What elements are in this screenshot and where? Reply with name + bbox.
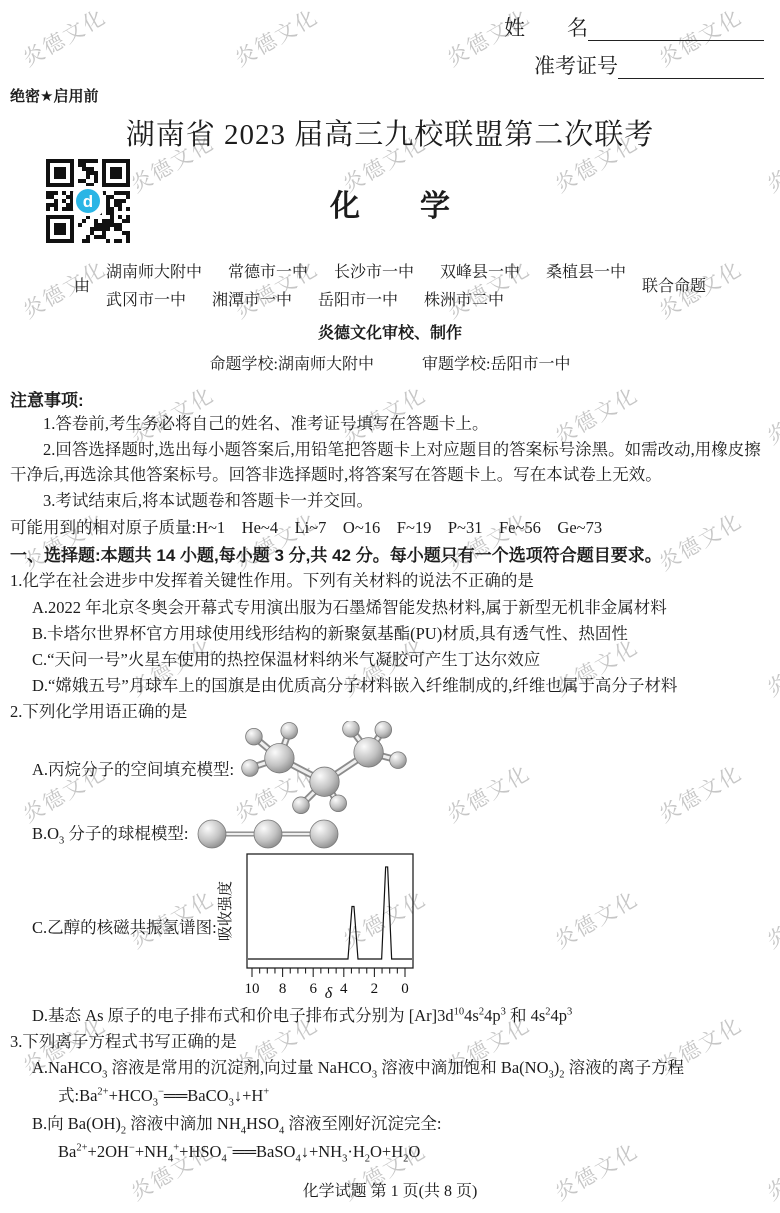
question-2-option-c-text: C.乙醇的核磁共振氢谱图:: [32, 915, 217, 941]
admission-number-blank: [618, 52, 764, 79]
subject-title: 化 学: [10, 181, 770, 225]
section-heading: 一、选择题:本题共 14 小题,每小题 3 分,共 42 分。每小题只有一个选项…: [10, 544, 770, 569]
propane-model-image: [238, 721, 410, 819]
organizer-schools-row2: 武冈市一中 湘潭市一中 岳阳市一中 株洲市二中: [106, 287, 626, 310]
question-3-stem: 3.下列离子方程式书写正确的是: [10, 1029, 770, 1055]
notice-item-2: 2.回答选择题时,选出每小题答案后,用铅笔把答题卡上对应题目的答案标号涂黑。如需…: [10, 437, 770, 488]
school-name: 岳阳市一中: [318, 287, 398, 310]
reviewer-school: 审题学校:岳阳市一中: [422, 351, 570, 374]
school-name: 桑植县一中: [546, 259, 626, 282]
school-name: 湘潭市一中: [212, 287, 292, 310]
organizer-block: 由 湖南师大附中 常德市一中 长沙市一中 双峰县一中 桑植县一中 武冈市一中 湘…: [10, 259, 770, 310]
question-2-option-a-text: A.丙烷分子的空间填充模型:: [32, 757, 234, 783]
notice-title: 注意事项:: [10, 386, 770, 411]
atomic-masses-line: 可能用到的相对原子质量:H~1 He~4 Li~7 O~16 F~19 P~31…: [10, 515, 770, 541]
admission-number-field-row: 准考证号: [534, 52, 764, 79]
svg-text:2: 2: [370, 981, 378, 997]
question-3-option-a-line1: A.NaHCO3 溶液是常用的沉淀剂,向过量 NaHCO3 溶液中滴加饱和 Ba…: [10, 1055, 770, 1081]
page-content: 姓 名 准考证号 绝密★启用前 湖南省 2023 届高三九校联盟第二次联考 d …: [0, 0, 780, 1166]
notice-section: 注意事项: 1.答卷前,考生务必将自己的姓名、准考证号填写在答题卡上。 2.回答…: [10, 386, 770, 513]
question-2-option-a: A.丙烷分子的空间填充模型:: [10, 725, 770, 815]
question-1: 1.化学在社会进步中发挥着关键性作用。下列有关材料的说法不正确的是 A.2022…: [10, 568, 770, 698]
exam-title: 湖南省 2023 届高三九校联盟第二次联考: [10, 112, 770, 153]
organizer-suffix: 联合命题: [642, 273, 706, 296]
organizer-schools: 湖南师大附中 常德市一中 长沙市一中 双峰县一中 桑植县一中 武冈市一中 湘潭市…: [106, 259, 626, 310]
production-credit: 炎德文化审校、制作: [10, 320, 770, 343]
svg-text:δ: δ: [325, 985, 333, 1001]
svg-text:8: 8: [279, 981, 287, 997]
setter-reviewer-row: 命题学校:湖南师大附中 审题学校:岳阳市一中: [10, 351, 770, 374]
subject-row: d 化 学: [10, 157, 770, 249]
name-field-label: 姓 名: [504, 16, 588, 41]
question-2-option-b-text: B.O3 分子的球棍模型:: [32, 821, 189, 847]
question-3-option-a-equation: 式:Ba2++HCO3−══BaCO3↓+H+: [10, 1081, 770, 1111]
svg-text:10: 10: [244, 981, 259, 997]
exam-paper-page: 炎德文化炎德文化炎德文化炎德文化炎德文化炎德文化炎德文化炎德文化炎德文化炎德文化…: [0, 0, 780, 1213]
question-2-option-d: D.基态 As 原子的电子排布式和价电子排布式分别为 [Ar]3d104s24p…: [10, 1003, 770, 1029]
question-3: 3.下列离子方程式书写正确的是 A.NaHCO3 溶液是常用的沉淀剂,向过量 N…: [10, 1029, 770, 1167]
question-1-option-a: A.2022 年北京冬奥会开幕式专用演出服为石墨烯智能发热材料,属于新型无机非金…: [10, 595, 770, 621]
name-field-row: 姓 名: [504, 14, 764, 41]
question-1-option-b: B.卡塔尔世界杯官方用球使用线形结构的新聚氨基酯(PU)材质,具有透气性、热固性: [10, 621, 770, 647]
secrecy-label: 绝密★启用前: [10, 85, 770, 106]
school-name: 常德市一中: [228, 259, 308, 282]
setter-school: 命题学校:湖南师大附中: [210, 351, 374, 374]
school-name: 武冈市一中: [106, 287, 186, 310]
question-3-option-b-line1: B.向 Ba(OH)2 溶液中滴加 NH4HSO4 溶液至刚好沉淀完全:: [10, 1111, 770, 1137]
question-1-option-d: D.“嫦娥五号”月球车上的国旗是由优质高分子材料嵌入纤维制成的,纤维也属于高分子…: [10, 673, 770, 699]
svg-text:6: 6: [309, 981, 317, 997]
svg-text:4: 4: [340, 981, 348, 997]
school-name: 长沙市一中: [334, 259, 414, 282]
question-3-option-b-equation: Ba2++2OH−+NH4++HSO4−══BaSO4↓+NH3·H2O+H2O: [10, 1137, 770, 1167]
question-2: 2.下列化学用语正确的是 A.丙烷分子的空间填充模型:: [10, 699, 770, 1029]
admission-number-label: 准考证号: [534, 54, 618, 79]
organizer-prefix: 由: [74, 273, 90, 296]
nmr-spectrum-chart: 吸收强度0246810δ: [217, 846, 419, 1009]
question-2-option-c: C.乙醇的核磁共振氢谱图: 吸收强度0246810δ: [10, 853, 770, 1003]
notice-item-3: 3.考试结束后,将本试题卷和答题卡一并交回。: [10, 488, 770, 514]
candidate-fields: 姓 名 准考证号: [10, 0, 770, 79]
notice-item-1: 1.答卷前,考生务必将自己的姓名、准考证号填写在答题卡上。: [10, 411, 770, 437]
school-name: 湖南师大附中: [106, 259, 202, 282]
question-1-stem: 1.化学在社会进步中发挥着关键性作用。下列有关材料的说法不正确的是: [10, 568, 770, 594]
svg-text:0: 0: [401, 981, 409, 997]
name-field-blank: [588, 14, 764, 41]
school-name: 双峰县一中: [440, 259, 520, 282]
school-name: 株洲市二中: [424, 287, 504, 310]
organizer-schools-row1: 湖南师大附中 常德市一中 长沙市一中 双峰县一中 桑植县一中: [106, 259, 626, 282]
question-1-option-c: C.“天问一号”火星车使用的热控保温材料纳米气凝胶可产生丁达尔效应: [10, 647, 770, 673]
svg-text:吸收强度: 吸收强度: [217, 881, 234, 941]
page-footer: 化学试题 第 1 页(共 8 页): [0, 1178, 780, 1201]
